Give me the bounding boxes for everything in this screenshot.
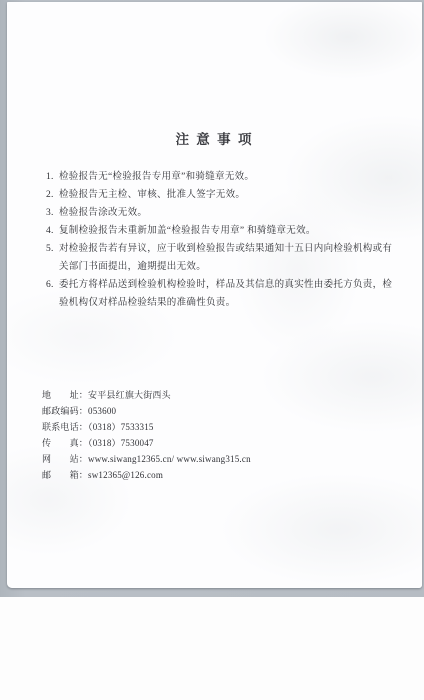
contact-value: （0318）7530047 [88,438,154,448]
contact-line: 传 真：（0318）7530047 [42,435,392,451]
contact-line: 联系电话：（0318）7533315 [42,419,392,435]
notice-item-text: 对检验报告若有异议，应于收到检验报告或结果通知十五日内向检验机构或有关部门书面提… [59,240,397,276]
notice-item-text: 复制检验报告未重新加盖“检验报告专用章” 和骑缝章无效。 [59,222,397,240]
contact-label: 传 真： [42,438,88,448]
contact-value: www.siwang12365.cn/ www.siwang315.cn [88,454,251,464]
notice-list: 1. 检验报告无“检验报告专用章”和骑缝章无效。 2. 检验报告无主检、审核、批… [46,168,397,312]
contact-value: sw12365@126.com [88,470,163,480]
notice-item-text: 委托方将样品送到检验机构检验时，样品及其信息的真实性由委托方负责，检验机构仅对样… [59,276,397,312]
scanner-backdrop: 注 意 事 项 1. 检验报告无“检验报告专用章”和骑缝章无效。 2. 检验报告… [0,0,424,597]
contact-label: 邮政编码： [42,406,88,416]
bottom-margin-area [0,597,424,700]
notice-item: 4. 复制检验报告未重新加盖“检验报告专用章” 和骑缝章无效。 [46,222,397,240]
contact-value: 053600 [88,406,116,416]
contact-line: 邮政编码：053600 [42,403,392,419]
paper-page: 注 意 事 项 1. 检验报告无“检验报告专用章”和骑缝章无效。 2. 检验报告… [7,2,422,588]
notice-item-number: 5. [46,240,59,258]
notice-item: 1. 检验报告无“检验报告专用章”和骑缝章无效。 [46,168,397,186]
contact-block: 地 址：安平县红旗大街西头 邮政编码：053600 联系电话：（0318）753… [42,387,392,483]
contact-label: 网 站： [42,454,88,464]
notice-item-text: 检验报告无主检、审核、批准人签字无效。 [59,186,397,204]
contact-value: （0318）7533315 [88,422,154,432]
notice-item-number: 1. [46,168,59,186]
contact-value: 安平县红旗大街西头 [88,390,171,400]
page-title: 注 意 事 项 [7,128,422,148]
contact-line: 地 址：安平县红旗大街西头 [42,387,392,403]
contact-line: 邮 箱：sw12365@126.com [42,467,392,483]
screenshot-root: { "page": { "title": "注 意 事 项", "items":… [0,0,424,700]
notice-item: 6. 委托方将样品送到检验机构检验时，样品及其信息的真实性由委托方负责，检验机构… [46,276,397,312]
notice-item-text: 检验报告涂改无效。 [59,204,397,222]
contact-line: 网 站：www.siwang12365.cn/ www.siwang315.cn [42,451,392,467]
notice-item-number: 3. [46,204,59,222]
contact-label: 联系电话： [42,422,88,432]
notice-item: 2. 检验报告无主检、审核、批准人签字无效。 [46,186,397,204]
notice-item-number: 6. [46,276,59,294]
notice-item-number: 2. [46,186,59,204]
notice-item-text: 检验报告无“检验报告专用章”和骑缝章无效。 [59,168,397,186]
notice-item: 3. 检验报告涂改无效。 [46,204,397,222]
contact-label: 地 址： [42,390,88,400]
notice-item-number: 4. [46,222,59,240]
contact-label: 邮 箱： [42,470,88,480]
notice-item: 5. 对检验报告若有异议，应于收到检验报告或结果通知十五日内向检验机构或有关部门… [46,240,397,276]
